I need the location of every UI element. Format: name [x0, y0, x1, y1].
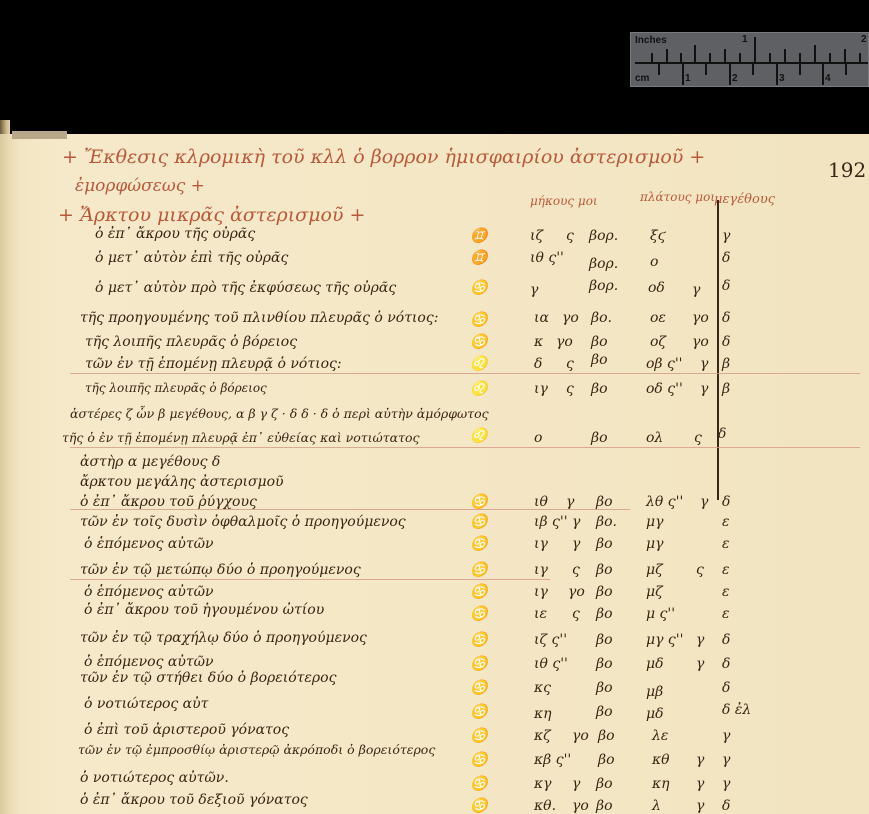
zodiac-sign: ♋ — [470, 632, 487, 648]
magnitude: δ — [722, 310, 730, 326]
latitude-minutes: γ — [696, 656, 704, 672]
zodiac-sign: ♋ — [470, 280, 487, 296]
ruler-tick — [658, 63, 660, 75]
zodiac-sign: ♋ — [470, 606, 487, 622]
star-description: τῆς προηγουμένης τοῦ πλινθίου πλευρᾶς ὁ … — [80, 310, 438, 326]
latitude-degrees: μδ — [646, 656, 664, 672]
zodiac-sign: ♋ — [470, 776, 487, 792]
latitude-direction: βο. — [591, 310, 612, 326]
ruler-tick — [859, 53, 861, 63]
star-description: τῆς λοιπῆς πλευρᾶς ὁ βόρειος — [85, 334, 297, 350]
magnitude: δ — [722, 334, 730, 350]
longitude-minutes: γ — [566, 494, 574, 510]
longitude-degrees: ιγ — [534, 584, 548, 600]
star-description: τῆς λοιπῆς πλευρᾶς ὁ βόρειος — [85, 381, 267, 395]
longitude-degrees: ιγ — [534, 562, 548, 578]
ruling-line — [70, 373, 860, 374]
ruler-tick — [776, 63, 778, 85]
latitude-degrees: ολ — [646, 430, 663, 446]
longitude-minutes: γο — [572, 728, 589, 744]
ruler-tick — [784, 49, 786, 63]
binding-strip — [12, 131, 67, 139]
zodiac-sign: ♋ — [470, 798, 487, 814]
column-header-latitude: πλάτους μοι — [640, 190, 715, 204]
magnitude: δ — [722, 250, 730, 266]
longitude-degrees: γ — [530, 282, 538, 298]
latitude-degrees: κη — [652, 776, 670, 792]
longitude-degrees: ιγ — [534, 381, 548, 397]
ruler-tick — [729, 63, 731, 85]
latitude-degrees: μζ — [646, 584, 663, 600]
magnitude: δ — [722, 680, 730, 696]
longitude-minutes: γο — [568, 584, 585, 600]
star-description: ὁ ἑπόμενος αὐτῶν — [84, 584, 214, 600]
longitude-degrees: ιζ — [530, 228, 543, 244]
zodiac-sign: ♋ — [470, 680, 487, 696]
longitude-minutes: γο — [562, 310, 579, 326]
zodiac-sign: ♋ — [470, 704, 487, 720]
latitude-degrees: μγ — [646, 536, 663, 552]
ruler-inch-mark-1: 1 — [742, 34, 748, 45]
longitude-degrees: ιθ — [534, 494, 548, 510]
ruler-tick — [682, 63, 684, 85]
ruler-tick — [651, 53, 653, 63]
title-line-2: ἐμορφώσεως + — [75, 176, 205, 196]
latitude-direction: βο — [591, 334, 608, 350]
zodiac-sign: ♌ — [470, 356, 487, 372]
star-description: τῶν ἐν τῷ τραχήλῳ δύο ὁ προηγούμενος — [80, 630, 367, 646]
longitude-degrees: κβ ς'' — [534, 752, 571, 768]
latitude-direction: βο — [596, 798, 613, 814]
latitude-direction: βο — [596, 776, 613, 792]
latitude-minutes: γ — [696, 752, 704, 768]
ruler-tick — [724, 49, 726, 63]
latitude-minutes: ς — [696, 562, 704, 578]
ruling-line — [70, 579, 550, 580]
magnitude: δ — [722, 656, 730, 672]
zodiac-sign: ♋ — [470, 494, 487, 510]
column-header-magnitude: μεγέθους — [714, 192, 775, 207]
ruler-tick — [666, 49, 668, 63]
zodiac-sign: ♋ — [470, 584, 487, 600]
latitude-degrees: λθ ς'' — [646, 494, 683, 510]
latitude-direction: βο — [596, 704, 613, 720]
latitude-degrees: οε — [650, 310, 666, 326]
longitude-degrees: δ — [534, 356, 542, 372]
magnitude: ε — [722, 536, 730, 552]
ruler-inch-mark-2: 2 — [861, 34, 867, 45]
longitude-degrees: κζ — [534, 728, 551, 744]
column-header-longitude: μήκους μοι — [530, 194, 598, 208]
longitude-minutes: ς — [572, 562, 580, 578]
ruler-cm-mark-2: 2 — [732, 73, 738, 84]
latitude-direction: βο. — [596, 514, 617, 530]
latitude-degrees: λε — [652, 728, 668, 744]
latitude-direction: βο — [591, 352, 608, 368]
star-description: τῶν ἐν τῷ στήθει δύο ὁ βορειότερος — [80, 670, 336, 686]
title-line-1: + Ἔκθεσις κλρομικὴ τοῦ κλλ ὁ βορρον ἡμισ… — [62, 146, 705, 168]
latitude-direction: βορ. — [589, 256, 618, 272]
latitude-minutes: γ — [700, 356, 708, 372]
ruler-tick — [799, 63, 801, 75]
zodiac-sign: ♋ — [470, 656, 487, 672]
zodiac-sign: ♋ — [470, 752, 487, 768]
latitude-minutes: γ — [700, 494, 708, 510]
star-description: ὁ νοτιώτερος αὐτῶν. — [80, 770, 229, 786]
longitude-degrees: κθ. — [534, 798, 556, 814]
latitude-degrees: οδ — [648, 280, 665, 296]
latitude-direction: βο — [596, 562, 613, 578]
latitude-direction: βορ. — [589, 228, 618, 244]
star-description: τῶν ἐν τῷ μετώπῳ δύο ὁ προηγούμενος — [80, 562, 361, 578]
latitude-direction: βο — [591, 430, 608, 446]
latitude-degrees: οζ — [650, 334, 666, 350]
longitude-minutes: ς — [566, 381, 574, 397]
magnitude: β — [722, 381, 730, 397]
longitude-degrees: ια — [534, 310, 549, 326]
longitude-minutes: γο — [556, 334, 573, 350]
longitude-degrees: ιθ ς'' — [534, 656, 568, 672]
latitude-minutes: γ — [696, 798, 704, 814]
ruler-tick — [845, 63, 847, 75]
ruler-tick — [680, 53, 682, 63]
star-description: ὁ ἑπόμενος αὐτῶν — [84, 654, 214, 670]
magnitude: γ — [722, 228, 730, 244]
longitude-degrees: κη — [534, 706, 552, 722]
magnitude: ε — [722, 584, 730, 600]
zodiac-sign: ♌ — [470, 381, 487, 397]
latitude-direction: βο — [596, 632, 613, 648]
latitude-direction: βο — [596, 656, 613, 672]
zodiac-sign: ♊ — [470, 228, 487, 244]
magnitude: β — [722, 356, 730, 372]
column-divider — [717, 200, 719, 500]
longitude-degrees: ιθ ς'' — [530, 250, 564, 266]
longitude-minutes: ς — [572, 606, 580, 622]
zodiac-sign: ♋ — [470, 514, 487, 530]
magnitude: ε — [722, 514, 730, 530]
longitude-degrees: κγ — [534, 776, 552, 792]
magnitude: ε — [722, 562, 730, 578]
latitude-degrees: μζ — [646, 562, 663, 578]
star-description: ὁ ἐπ᾽ ἄκρου τῆς οὐρᾶς — [95, 226, 255, 242]
latitude-degrees: μγ ς'' — [646, 632, 683, 648]
magnitude: γ — [722, 752, 730, 768]
ruler-tick — [829, 53, 831, 63]
longitude-degrees: κ — [534, 334, 543, 350]
star-description: ὁ νοτιώτερος αὐτ — [84, 696, 208, 712]
latitude-minutes: ς — [694, 430, 702, 446]
latitude-minutes: γ — [696, 632, 704, 648]
magnitude: δ — [722, 278, 730, 294]
zodiac-sign: ♌ — [470, 428, 487, 444]
ruler-tick — [694, 45, 696, 63]
magnitude: δ — [722, 494, 730, 510]
latitude-minutes: γο — [692, 310, 709, 326]
longitude-minutes: γ — [572, 536, 580, 552]
latitude-direction: βο — [598, 728, 615, 744]
magnitude: δ — [718, 426, 726, 442]
magnitude: δ ἐλ — [722, 702, 751, 718]
ruler-tick — [705, 63, 707, 75]
ruler-tick — [769, 53, 771, 63]
star-description: τῶν ἐν τῷ ἐμπροσθίῳ ἀριστερῷ ἀκρόποδι ὁ … — [78, 742, 435, 757]
longitude-degrees: ο — [534, 430, 542, 446]
ruler-tick — [739, 53, 741, 63]
latitude-minutes: γ — [696, 776, 704, 792]
longitude-minutes: ς — [566, 228, 574, 244]
star-description: ὁ μετ᾽ αὐτὸν ἐπὶ τῆς οὐρᾶς — [95, 250, 288, 266]
star-description: ὁ μετ᾽ αὐτὸν πρὸ τῆς ἐκφύσεως τῆς οὐρᾶς — [95, 280, 396, 296]
ruler-tick — [822, 63, 824, 85]
latitude-direction: βο — [596, 494, 613, 510]
latitude-degrees: κθ — [652, 752, 670, 768]
longitude-degrees: ιγ — [534, 536, 548, 552]
latitude-degrees: μγ — [646, 514, 663, 530]
latitude-degrees: ο — [650, 254, 658, 270]
latitude-direction: βο — [596, 584, 613, 600]
magnitude: δ — [722, 632, 730, 648]
ruler-tick — [752, 63, 754, 75]
zodiac-sign: ♋ — [470, 562, 487, 578]
folio-number: 192 — [828, 158, 866, 182]
longitude-degrees: κς — [534, 680, 551, 696]
star-count-summary: ἀστὴρ α μεγέθους δ — [80, 454, 220, 470]
ruler-tick — [844, 49, 846, 63]
latitude-degrees: οβ ς'' — [646, 356, 683, 372]
section-heading-ursa-major: ἄρκτου μεγάλης ἀστερισμοῦ — [80, 474, 284, 490]
ruler-cm-mark-1: 1 — [685, 73, 691, 84]
latitude-degrees: ξϛ — [650, 228, 666, 244]
latitude-degrees: οδ ς'' — [646, 381, 683, 397]
latitude-degrees: μδ — [646, 706, 664, 722]
ruler-inches-label: Inches — [635, 35, 667, 46]
latitude-direction: βο — [591, 381, 608, 397]
latitude-degrees: μ ς'' — [646, 606, 675, 622]
ruler-tick — [799, 53, 801, 63]
constellation-summary: ἀστέρες ζ ὧν β μεγέθους, α β γ ζ · δ δ ·… — [70, 406, 489, 421]
longitude-degrees: ιβ ς'' — [534, 514, 568, 530]
star-description: τῶν ἐν τοῖς δυσὶν ὀφθαλμοῖς ὁ προηγούμεν… — [80, 514, 406, 530]
latitude-direction: βο — [596, 680, 613, 696]
longitude-degrees: ιζ ς'' — [534, 632, 567, 648]
longitude-minutes: γ — [572, 514, 580, 530]
longitude-minutes: γ — [572, 776, 580, 792]
latitude-degrees: μβ — [646, 684, 663, 700]
latitude-direction: βορ. — [589, 278, 618, 294]
latitude-direction: βο — [598, 752, 615, 768]
star-description: τῶν ἐν τῇ ἑπομένῃ πλευρᾷ ὁ νότιος: — [85, 356, 342, 372]
section-heading-ursa-minor: + Ἄρκτου μικρᾶς ἀστερισμοῦ + — [58, 204, 365, 226]
star-description: ὁ ἐπ᾽ ἄκρου τοῦ ἡγουμένου ὠτίου — [84, 602, 324, 618]
latitude-minutes: γο — [692, 334, 709, 350]
longitude-degrees: ιε — [534, 606, 547, 622]
magnitude: δ — [722, 798, 730, 814]
star-description: ὁ ἑπόμενος αὐτῶν — [84, 536, 214, 552]
ruler-cm-mark-4: 4 — [825, 73, 831, 84]
ruler-cm-mark-3: 3 — [779, 73, 785, 84]
zodiac-sign: ♋ — [470, 312, 487, 328]
ruler-tick — [709, 53, 711, 63]
ruler-cm-label: cm — [635, 73, 649, 84]
ruler-tick — [754, 37, 756, 63]
ruler-tick — [814, 45, 816, 63]
zodiac-sign: ♋ — [470, 536, 487, 552]
magnitude: ε — [722, 606, 730, 622]
zodiac-sign: ♋ — [470, 334, 487, 350]
zodiac-sign: ♊ — [470, 250, 487, 266]
latitude-minutes: γ — [700, 381, 708, 397]
longitude-minutes: γο — [572, 798, 589, 814]
magnitude: γ — [722, 728, 730, 744]
latitude-direction: βο — [596, 536, 613, 552]
magnitude: γ — [722, 776, 730, 792]
latitude-direction: βο — [596, 606, 613, 622]
latitude-degrees: λ — [652, 798, 661, 814]
star-description: ὁ ἐπὶ τοῦ ἀριστεροῦ γόνατος — [84, 722, 289, 738]
star-description: τῆς ὁ ἐν τῇ ἑπομένῃ πλευρᾷ ἐπ᾽ εὐθείας κ… — [62, 430, 420, 445]
latitude-minutes: γ — [692, 282, 700, 298]
star-description: ὁ ἐπ᾽ ἄκρου τοῦ δεξιοῦ γόνατος — [80, 792, 308, 808]
ruling-line — [70, 447, 860, 448]
longitude-minutes: ς — [566, 356, 574, 372]
zodiac-sign: ♋ — [470, 728, 487, 744]
measurement-ruler: Inches 1 2 cm 1 2 3 4 — [630, 32, 869, 87]
star-description: ὁ ἐπ᾽ ἄκρου τοῦ ῥύγχους — [80, 494, 257, 510]
